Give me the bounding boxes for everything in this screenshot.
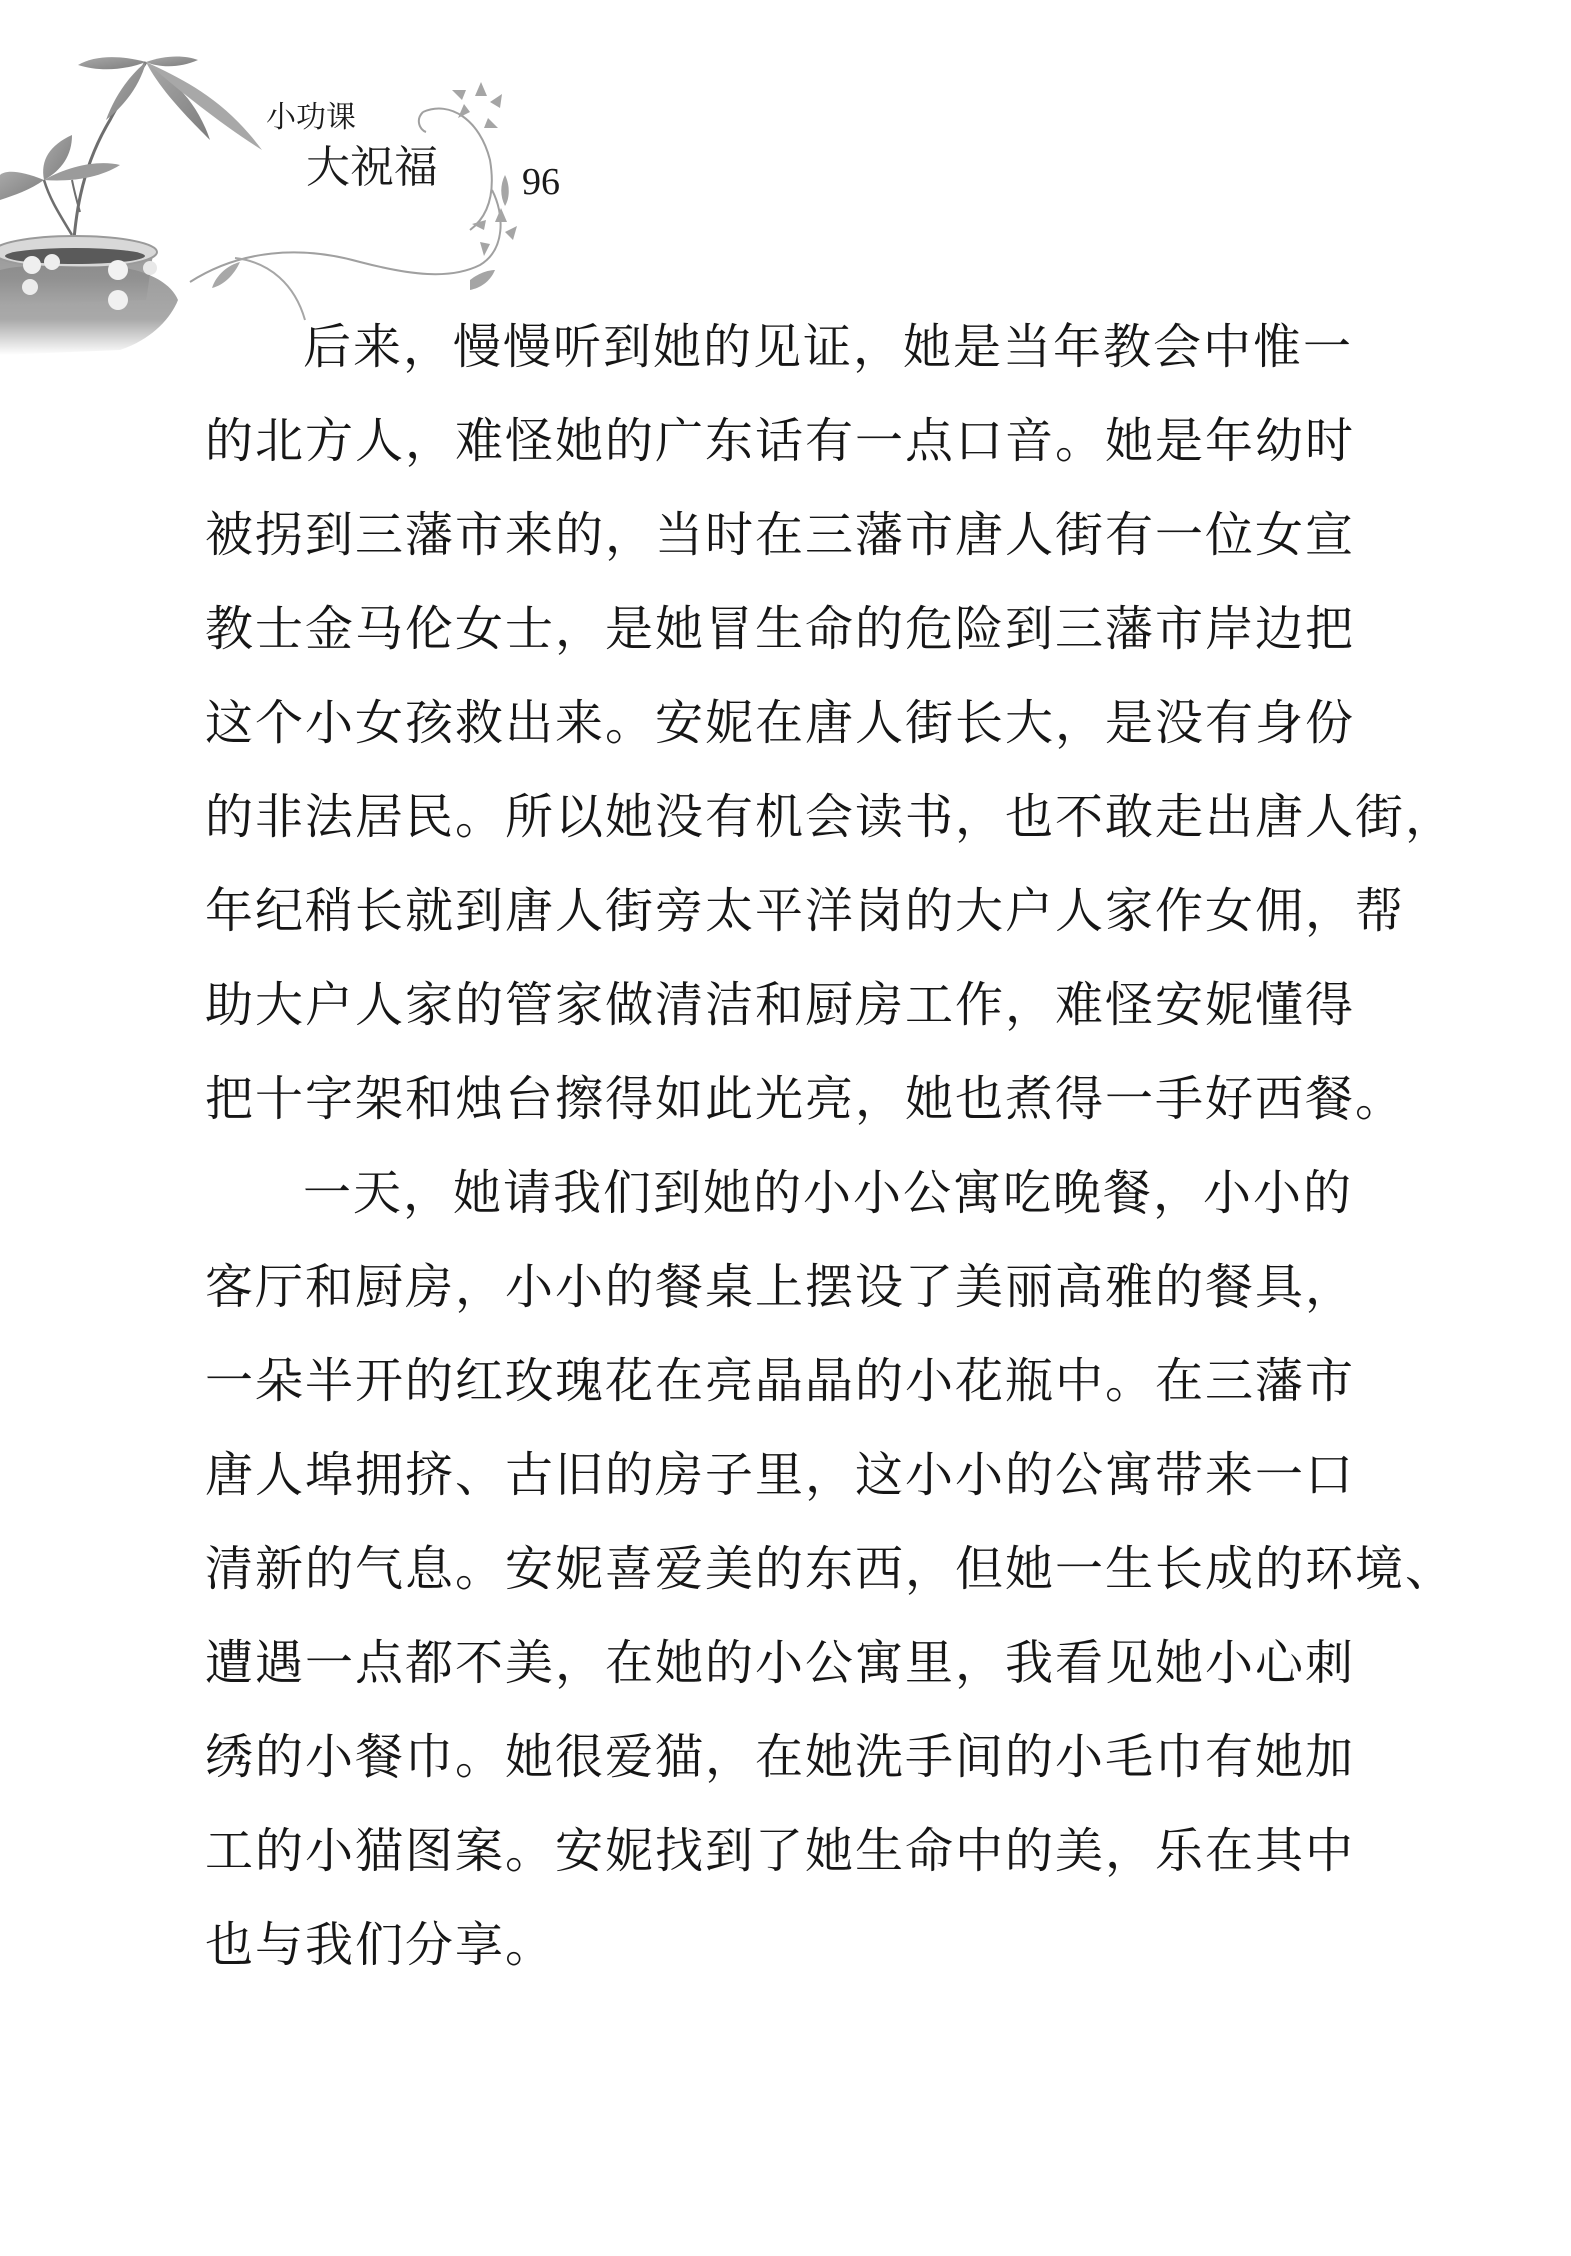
text-line: 也与我们分享。 [205,1898,1357,1992]
body-text: 后来，慢慢听到她的见证，她是当年教会中惟一 的北方人，难怪她的广东话有一点口音。… [205,300,1357,1992]
text-line: 的北方人，难怪她的广东话有一点口音。她是年幼时 [205,394,1357,488]
text-line: 教士金马伦女士，是她冒生命的危险到三藩市岸边把 [205,582,1357,676]
text-line: 一天，她请我们到她的小小公寓吃晚餐，小小的 [205,1146,1357,1240]
text-line: 客厅和厨房，小小的餐桌上摆设了美丽高雅的餐具， [205,1240,1357,1334]
text-line: 遭遇一点都不美，在她的小公寓里，我看见她小心刺 [205,1616,1357,1710]
text-line: 一朵半开的红玫瑰花在亮晶晶的小花瓶中。在三藩市 [205,1334,1357,1428]
book-page: 小功课 大祝福 96 后来，慢慢听到她的见证，她是当年教会中惟一 的北方人，难怪… [0,0,1571,2256]
text-line: 被拐到三藩市来的，当时在三藩市唐人街有一位女宣 [205,488,1357,582]
book-title: 大祝福 [306,140,438,196]
page-number: 96 [522,160,560,204]
text-line: 绣的小餐巾。她很爱猫，在她洗手间的小毛巾有她加 [205,1710,1357,1804]
text-line: 年纪稍长就到唐人街旁太平洋岗的大户人家作女佣，帮 [205,864,1357,958]
text-line: 后来，慢慢听到她的见证，她是当年教会中惟一 [205,300,1357,394]
text-line: 把十字架和烛台擦得如此光亮，她也煮得一手好西餐。 [205,1052,1357,1146]
text-line: 这个小女孩救出来。安妮在唐人街长大，是没有身份 [205,676,1357,770]
text-line: 的非法居民。所以她没有机会读书，也不敢走出唐人街， [205,770,1357,864]
text-line: 唐人埠拥挤、古旧的房子里，这小小的公寓带来一口 [205,1428,1357,1522]
text-line: 助大户人家的管家做清洁和厨房工作，难怪安妮懂得 [205,958,1357,1052]
text-line: 清新的气息。安妮喜爱美的东西，但她一生长成的环境、 [205,1522,1357,1616]
series-title: 小功课 [266,98,356,138]
text-line: 工的小猫图案。安妮找到了她生命中的美，乐在其中 [205,1804,1357,1898]
